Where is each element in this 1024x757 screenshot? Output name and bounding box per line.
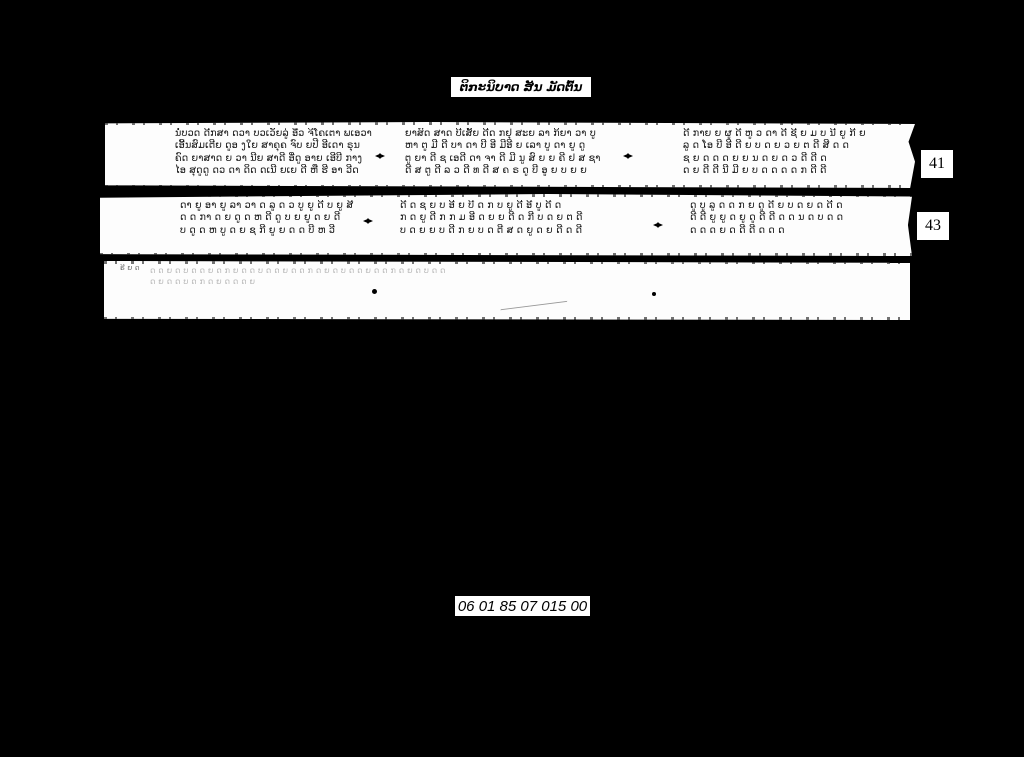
text-line: ດີ ດ ຊ ຍ ບ ອີ ຍ ບີ ດ ກ ບ ຍູ ດີ ອີ ບູ ດີ …	[400, 200, 685, 212]
text-line: ກ ດ ຍູ ດີ ກ ກ ມ ອີ ດ ຍ ຍ ດີ ດ ກີ ບ ດ ຍ ຕ…	[400, 212, 685, 224]
text-line: ດ ຍ ດີ ດີ ນີ ມີ ຍ ບ ດ ດ ດ ດ ກ ດີ ດີ	[683, 165, 908, 177]
text-line: ນໍ່ບວດ ດີກສາ ດວາ ບວເວັຍລູ່ ອີ່ວ ຈີໂຄເຕາ …	[175, 128, 390, 140]
text-line: ຄົດ ຍາສາດ ຍ ວາ ນີຍ ສາດີ ອີ່ດູ ອາຍ ເອີບີ …	[175, 153, 390, 165]
palm-leaf-1: ນໍ່ບວດ ດີກສາ ດວາ ບວເວັຍລູ່ ອີ່ວ ຈີໂຄເຕາ …	[105, 122, 915, 188]
text-line: ດ ຍ ດ ດ ບ ດ ກ ດ ຍ ດ ດ ດ ຍ	[122, 276, 902, 287]
binding-hole-icon	[372, 289, 377, 294]
binding-hole-icon	[652, 292, 656, 296]
text-line: ບ ດູ ດ ຫ ບູ ດ ຍ ຊ ກີ ຍູ ຍ ດ ດ ບີ ຫ ວີ	[180, 225, 390, 237]
leaf-3-faded-text: ດ ດ ຍ ດ ບ ດ ດ ຍ ດ ກ ຍ ດ ດ ບ ດ ດ ຍ ດ ດ ກ …	[122, 265, 902, 287]
leaf-crack	[491, 301, 568, 324]
text-line: ດ ດ ຍ ດ ບ ດ ດ ຍ ດ ກ ຍ ດ ດ ບ ດ ດ ຍ ດ ດ ກ …	[122, 265, 902, 276]
text-line: ບ ດ ຍ ຍ ບ ດີ ກ ຍ ບ ດ ຕີ ສ ດ ຍູ ດ ຍ ດີ ດ …	[400, 225, 685, 237]
leaf-1-text-column-3: ດີ ກາຍ ຍ ຜູ ດີ ຫູ ວ ດາ ດີ ຊີ ຍ ມ ບ ນີ ຍູ…	[683, 128, 908, 177]
archive-id-label: 06 01 85 07 015 00	[455, 596, 590, 616]
text-line: ດາ ຍູ ອາ ຍູ ລາ ວາ ດ ລູ ດ ວ ບູ ຍູ ດີ ບ ຍູ…	[180, 200, 390, 212]
text-line: ດີ ສ ຕູ ດີ ລ ວ ດີ ທ ດີ ສ ຄ ຣ ດູ ບີ ອູ ຍ …	[405, 165, 675, 177]
text-line: ດີ ດີ ຍູ ຍູ ດ ຍູ ດູ ດີ ດີ ດ ດ ນ ດ ບ ດ ດ	[690, 212, 890, 224]
folio-number-41: 41	[921, 150, 953, 178]
leaf-1-text-column-2: ຍາສົດ ສາດ ບີເສົ້ຍ ດີດ ກຢຸ ສະຍ ລາ ກິຍາ ວາ…	[405, 128, 675, 177]
palm-leaf-2: ດາ ຍູ ອາ ຍູ ລາ ວາ ດ ລູ ດ ວ ບູ ຍູ ດີ ບ ຍູ…	[100, 194, 912, 256]
text-line: ດີ ກາຍ ຍ ຜູ ດີ ຫູ ວ ດາ ດີ ຊີ ຍ ມ ບ ນີ ຍູ…	[683, 128, 908, 140]
text-line: ໄອ ສຸດູດູ ດວ ດາ ດິດ ດເນີ ຍເຍ ດີ ຫື ຮີ ອາ…	[175, 165, 390, 177]
leaf-1-text-column-1: ນໍ່ບວດ ດີກສາ ດວາ ບວເວັຍລູ່ ອີ່ວ ຈີໂຄເຕາ …	[175, 128, 390, 177]
text-line: ດ ດ ດ ຍ ດ ດີ ດີ ດ ດ ດ	[690, 225, 890, 237]
manuscript-title-label: ຕິກະນິບາດ ສັນ ມັດຕົ້ນ	[451, 77, 591, 97]
text-line: ຊ ຍ ດ ດ ດ ຍ ຍ ນ ດ ຍ ດ ວ ດີ ດີ ດ	[683, 153, 908, 165]
text-line: ຫາ ຕູ ມີ ດີ ບາ ດາ ບີ ອີ ມີອີ ຍ ເລາ ບູ ດາ…	[405, 140, 675, 152]
leaf-2-text-column-1: ດາ ຍູ ອາ ຍູ ລາ ວາ ດ ລູ ດ ວ ບູ ຍູ ດີ ບ ຍູ…	[180, 200, 390, 237]
text-line: ເອີ້ນສົມເຕີຍ ດູອ ງໃຍ ສາຄຸຄ ຈົບ ຍປີ ອີເດາ…	[175, 140, 390, 152]
leaf-2-text-column-2: ດີ ດ ຊ ຍ ບ ອີ ຍ ບີ ດ ກ ບ ຍູ ດີ ອີ ບູ ດີ …	[400, 200, 685, 237]
text-line: ດູ ບູ ລູ ດ ດ ກ ຍ ດູ ດີ ຍ ບ ດ ຍ ດ ດີ ດ	[690, 200, 890, 212]
folio-number-43: 43	[917, 212, 949, 240]
text-line: ດ ດ ກາ ດ ຍ ດູ ດ ຫ ດີ ດູ ບ ຍ ຍູ ດ ຍ ດີ	[180, 212, 390, 224]
leaf-2-text-column-3: ດູ ບູ ລູ ດ ດ ກ ຍ ດູ ດີ ຍ ບ ດ ຍ ດ ດີ ດ ດີ…	[690, 200, 890, 237]
text-line: ຕູ ຍາ ດີ ຊ ເອດີ ດາ ຈາ ດີ ມີ ນູ ສົ ຍ ຍ ຄີ…	[405, 153, 675, 165]
palm-leaf-3-faded: ຣີ ຍ ດ ດ ດ ຍ ດ ບ ດ ດ ຍ ດ ກ ຍ ດ ດ ບ ດ ດ ຍ…	[104, 261, 910, 320]
text-line: ຍາສົດ ສາດ ບີເສົ້ຍ ດີດ ກຢຸ ສະຍ ລາ ກິຍາ ວາ…	[405, 128, 675, 140]
text-line: ລູ ດ ໂອ ບີ ອີ ດີ ຍ ບ ດ ຍ ວ ຍ ຕ ດີ ສີ ດ ດ	[683, 140, 908, 152]
